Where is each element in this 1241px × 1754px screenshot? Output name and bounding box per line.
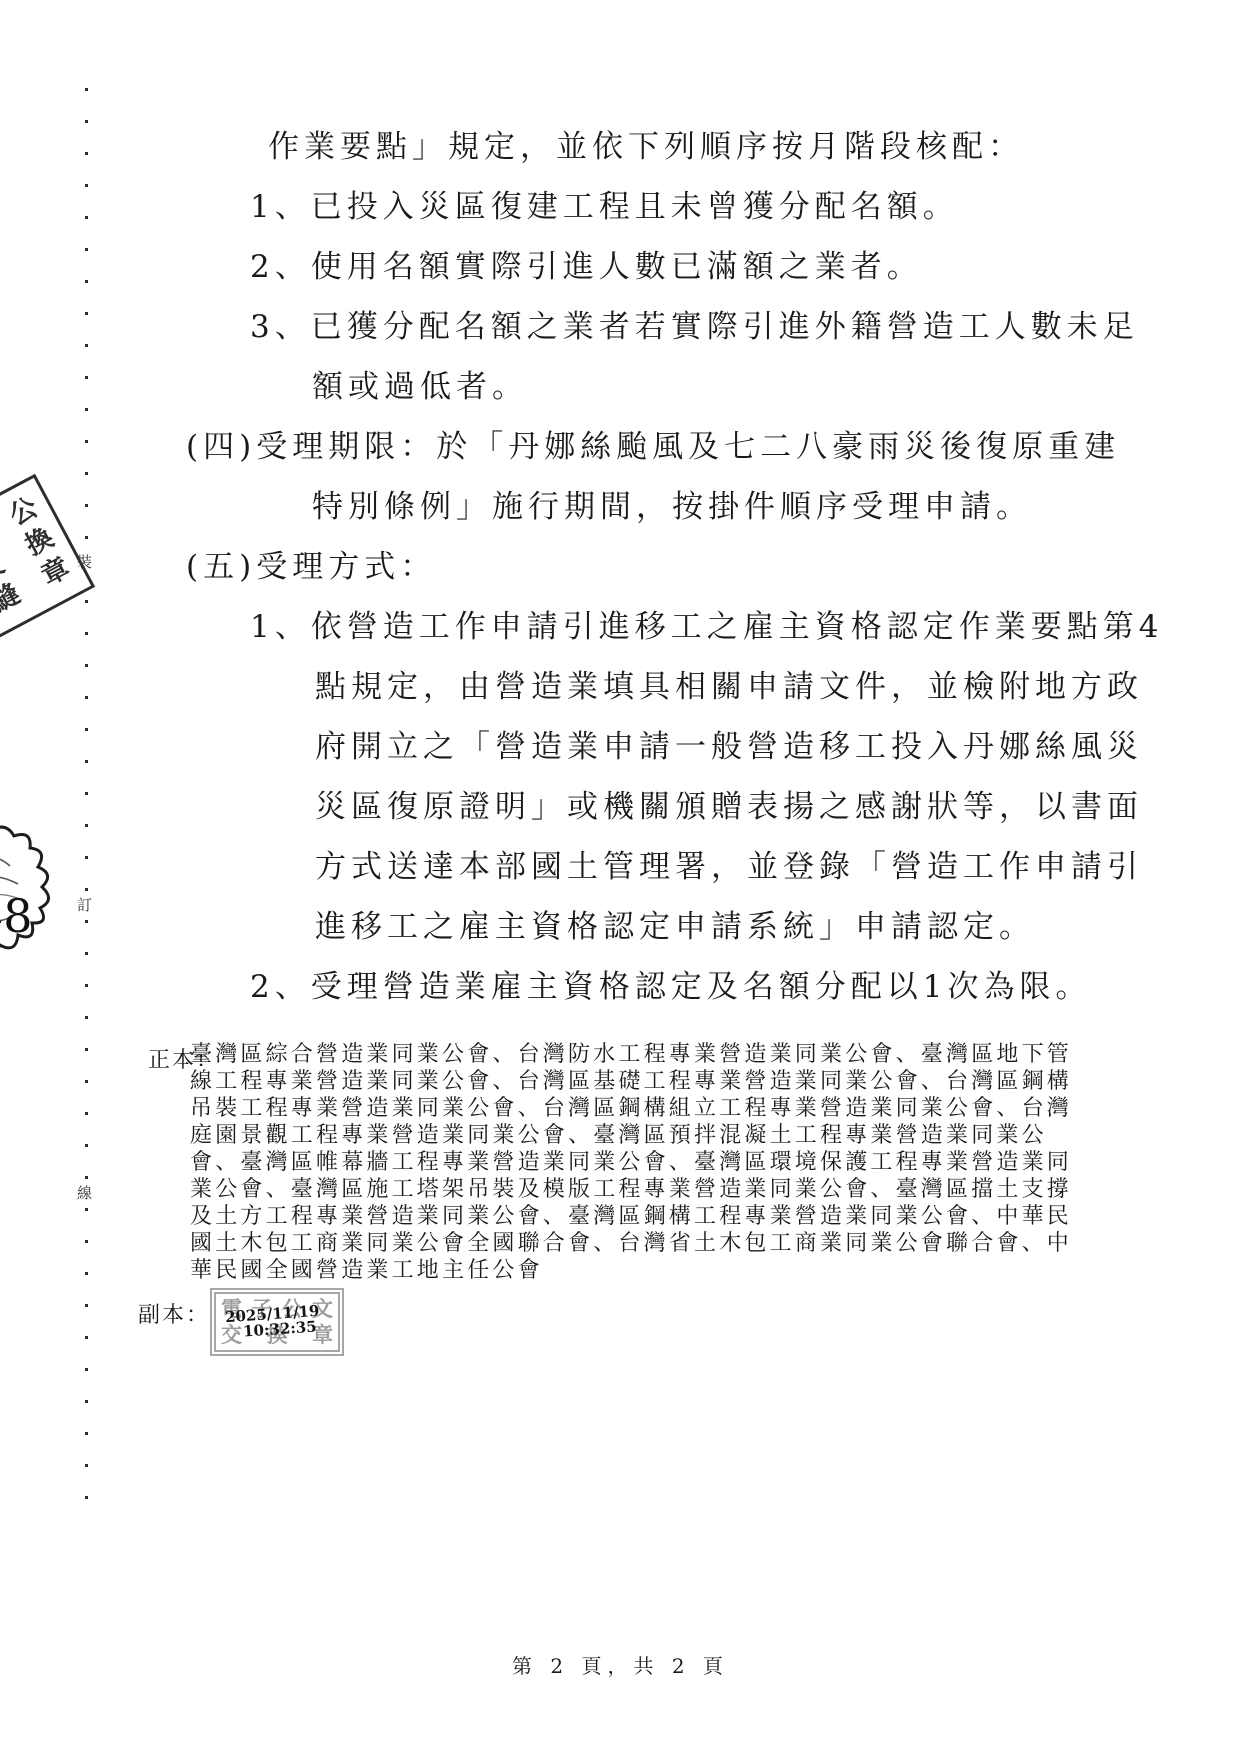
primary-recipients-line: 臺灣區綜合營造業同業公會、台灣防水工程專業營造業同業公會、臺灣區地下管 bbox=[190, 1043, 1072, 1067]
body-line: 1、已投入災區復建工程且未曾獲分配名額。 bbox=[250, 190, 959, 224]
seam-stamp-right-column: 公換章 bbox=[2, 493, 74, 596]
primary-recipients-line: 華民國全國營造業工地主任公會 bbox=[190, 1259, 543, 1283]
body-line: 災區復原證明」或機關頒贈表揚之感謝狀等，以書面 bbox=[315, 790, 1143, 824]
primary-recipients-line: 吊裝工程專業營造業同業公會、台灣區鋼構組立工程專業營造業同業公會、台灣 bbox=[190, 1097, 1072, 1121]
seal-inner-line bbox=[0, 876, 18, 884]
page-footer: 第 2 頁，共 2 頁 bbox=[0, 1650, 1241, 1679]
body-line: 1、依營造工作申請引進移工之雇主資格認定作業要點第4 bbox=[250, 610, 1163, 644]
primary-recipients-line: 會、臺灣區帷幕牆工程專業營造業同業公會、臺灣區環境保護工程專業營造業同 bbox=[190, 1151, 1072, 1175]
binding-dotted-line bbox=[85, 88, 88, 1508]
body-line: 方式送達本部國土管理署，並登錄「營造工作申請引 bbox=[315, 850, 1143, 884]
body-line: 特別條例」施行期間，按掛件順序受理申請。 bbox=[312, 490, 1032, 524]
primary-recipients-line: 及土方工程專業營造業同業公會、臺灣區鋼構工程專業營造業同業公會、中華民 bbox=[190, 1205, 1072, 1229]
primary-recipients-line: 線工程專業營造業同業公會、台灣區基礎工程專業營造業同業公會、台灣區鋼構 bbox=[190, 1070, 1072, 1094]
margin-mark-ding: 訂 bbox=[76, 895, 93, 916]
primary-recipients-line: 庭園景觀工程專業營造業同業公會、臺灣區預拌混凝土工程專業營造業同業公 bbox=[190, 1124, 1047, 1148]
page-number-seal: 48 bbox=[0, 820, 74, 972]
copy-recipients-label: 副本： bbox=[138, 1298, 210, 1329]
electronic-exchange-stamp: 電子公文 交換章 2025/11/19 10:32:35 bbox=[214, 1292, 340, 1352]
body-line: 作業要點」規定，並依下列順序按月階段核配： bbox=[268, 130, 1024, 164]
body-line: (四)受理期限：於「丹娜絲颱風及七二八豪雨災後復原重建 bbox=[186, 430, 1120, 464]
body-line: (五)受理方式： bbox=[186, 550, 436, 584]
body-line: 2、使用名額實際引進人數已滿額之業者。 bbox=[250, 250, 923, 284]
body-line: 2、受理營造業雇主資格認定及名額分配以1次為限。 bbox=[250, 970, 1091, 1004]
body-line: 3、已獲分配名額之業者若實際引進外籍營造工人數未足 bbox=[250, 310, 1139, 344]
document-page: 裝 訂 線 文交縫 公換章 48 作業要點」規定，並依下列順序按月階段核配： 1… bbox=[0, 0, 1241, 1754]
primary-recipients-line: 業公會、臺灣區施工塔架吊裝及模版工程專業營造業同業公會、臺灣區擋土支撐 bbox=[190, 1178, 1072, 1202]
body-line: 額或過低者。 bbox=[312, 370, 528, 404]
body-line: 府開立之「營造業申請一般營造移工投入丹娜絲風災 bbox=[315, 730, 1143, 764]
body-line: 進移工之雇主資格認定申請系統」申請認定。 bbox=[315, 910, 1035, 944]
body-line: 點規定，由營造業填具相關申請文件，並檢附地方政 bbox=[315, 670, 1143, 704]
seal-page-number: 48 bbox=[0, 889, 33, 943]
seal-inner-line bbox=[0, 857, 10, 866]
primary-recipients-line: 國土木包工商業同業公會全國聯合會、台灣省土木包工商業同業公會聯合會、中 bbox=[190, 1232, 1072, 1256]
margin-mark-xian: 線 bbox=[76, 1183, 93, 1204]
